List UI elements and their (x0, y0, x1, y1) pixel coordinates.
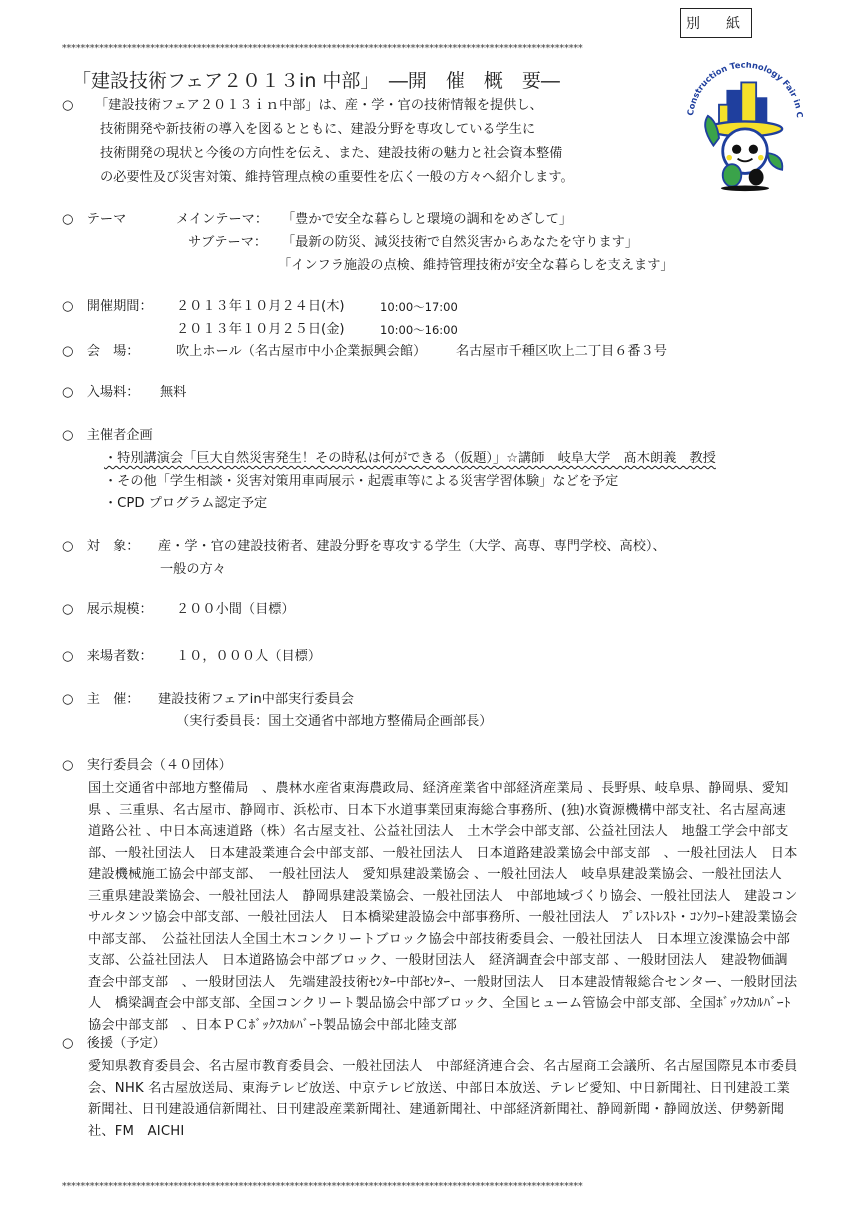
page-title: 「建設技術フェア２０１３in 中部」 ―開 催 概 要― (72, 66, 560, 93)
sub-theme-label: サブテーマ： (188, 233, 267, 253)
organizer-events-label: ○ 主催者企画 (62, 426, 153, 446)
committee-members: 国土交通省中部地方整備局 、農林水産省東海農政局、経済産業省中部経済産業局 、長… (88, 778, 798, 1036)
bottom-divider: ****************************************… (62, 1182, 762, 1192)
cpd-item: ・CPD プログラム認定予定 (104, 494, 267, 514)
target-line2: 一般の方々 (160, 560, 226, 580)
visitors-label: ○ 来場者数： (62, 647, 153, 667)
venue-label: ○ 会 場： (62, 342, 139, 362)
period-day1: ２０１３年１０月２４日(木) (176, 297, 345, 317)
host-value: 建設技術フェアin中部実行委員会 (158, 690, 354, 710)
main-theme: 「豊かで安全な暮らしと環境の調和をめざして」 (282, 210, 572, 230)
visitors-value: １０，０００人（目標） (176, 647, 321, 667)
committee-label: ○ 実行委員会（４０団体） (62, 756, 232, 776)
intro-line: の必要性及び災害対策、維持管理点検の重要性を広く一般の方々へ紹介します。 (100, 168, 574, 188)
attachment-label: 別 紙 (680, 8, 752, 38)
sub-theme-2: 「インフラ施設の点検、維持管理技術が安全な暮らしを支えます」 (278, 256, 674, 276)
period-day2-time: 10:00～16:00 (380, 322, 458, 338)
host-chair: （実行委員長：国土交通省中部地方整備局企画部長） (176, 712, 493, 732)
other-events-item: ・その他「学生相談・災害対策用車両展示・起震車等による災害学習体験」などを予定 (104, 472, 618, 492)
host-label: ○ 主 催： (62, 690, 139, 710)
special-lecture-item: ・特別講演会「巨大自然災害発生！その時私は何ができる（仮題）」☆講師 岐阜大学 … (104, 449, 716, 469)
sub-theme-1: 「最新の防災、減災技術で自然災害からあなたを守ります」 (282, 233, 638, 253)
target-line1: 産・学・官の建設技術者、建設分野を専攻する学生（大学、高専、専門学校、高校）、 (158, 537, 666, 557)
venue-name: 吹上ホール（名古屋市中小企業振興会館） (176, 342, 426, 362)
target-label: ○ 対 象： (62, 537, 139, 557)
period-label: ○ 開催期間： (62, 297, 153, 317)
scale-label: ○ 展示規模： (62, 600, 153, 620)
period-day2: ２０１３年１０月２５日(金) (176, 320, 345, 340)
intro-line: 「建設技術フェア２０１３ｉｎ中部」は、産・学・官の技術情報を提供し、 (95, 96, 543, 116)
theme-label: ○ テーマ (62, 210, 126, 230)
intro-line: 技術開発や新技術の導入を図るとともに、建設分野を専攻している学生に (100, 120, 535, 140)
admission-value: 無料 (160, 383, 186, 403)
fair-mascot-logo-icon: Construction Technology Fair in Chubu (680, 62, 810, 192)
top-divider: ****************************************… (62, 44, 762, 54)
intro-line: 技術開発の現状と今後の方向性を伝え、また、建設技術の魅力と社会資本整備 (100, 144, 562, 164)
admission-label: ○ 入場料： (62, 383, 139, 403)
period-day1-time: 10:00～17:00 (380, 299, 458, 315)
support-members: 愛知県教育委員会、名古屋市教育委員会、一般社団法人 中部経済連合会、名古屋商工会… (88, 1056, 798, 1142)
intro-bullet: ○ (62, 96, 74, 116)
scale-value: ２００小間（目標） (176, 600, 295, 620)
main-theme-label: メインテーマ： (176, 210, 268, 230)
venue-address: 名古屋市千種区吹上二丁目６番３号 (456, 342, 667, 362)
support-label: ○ 後援（予定） (62, 1034, 166, 1054)
